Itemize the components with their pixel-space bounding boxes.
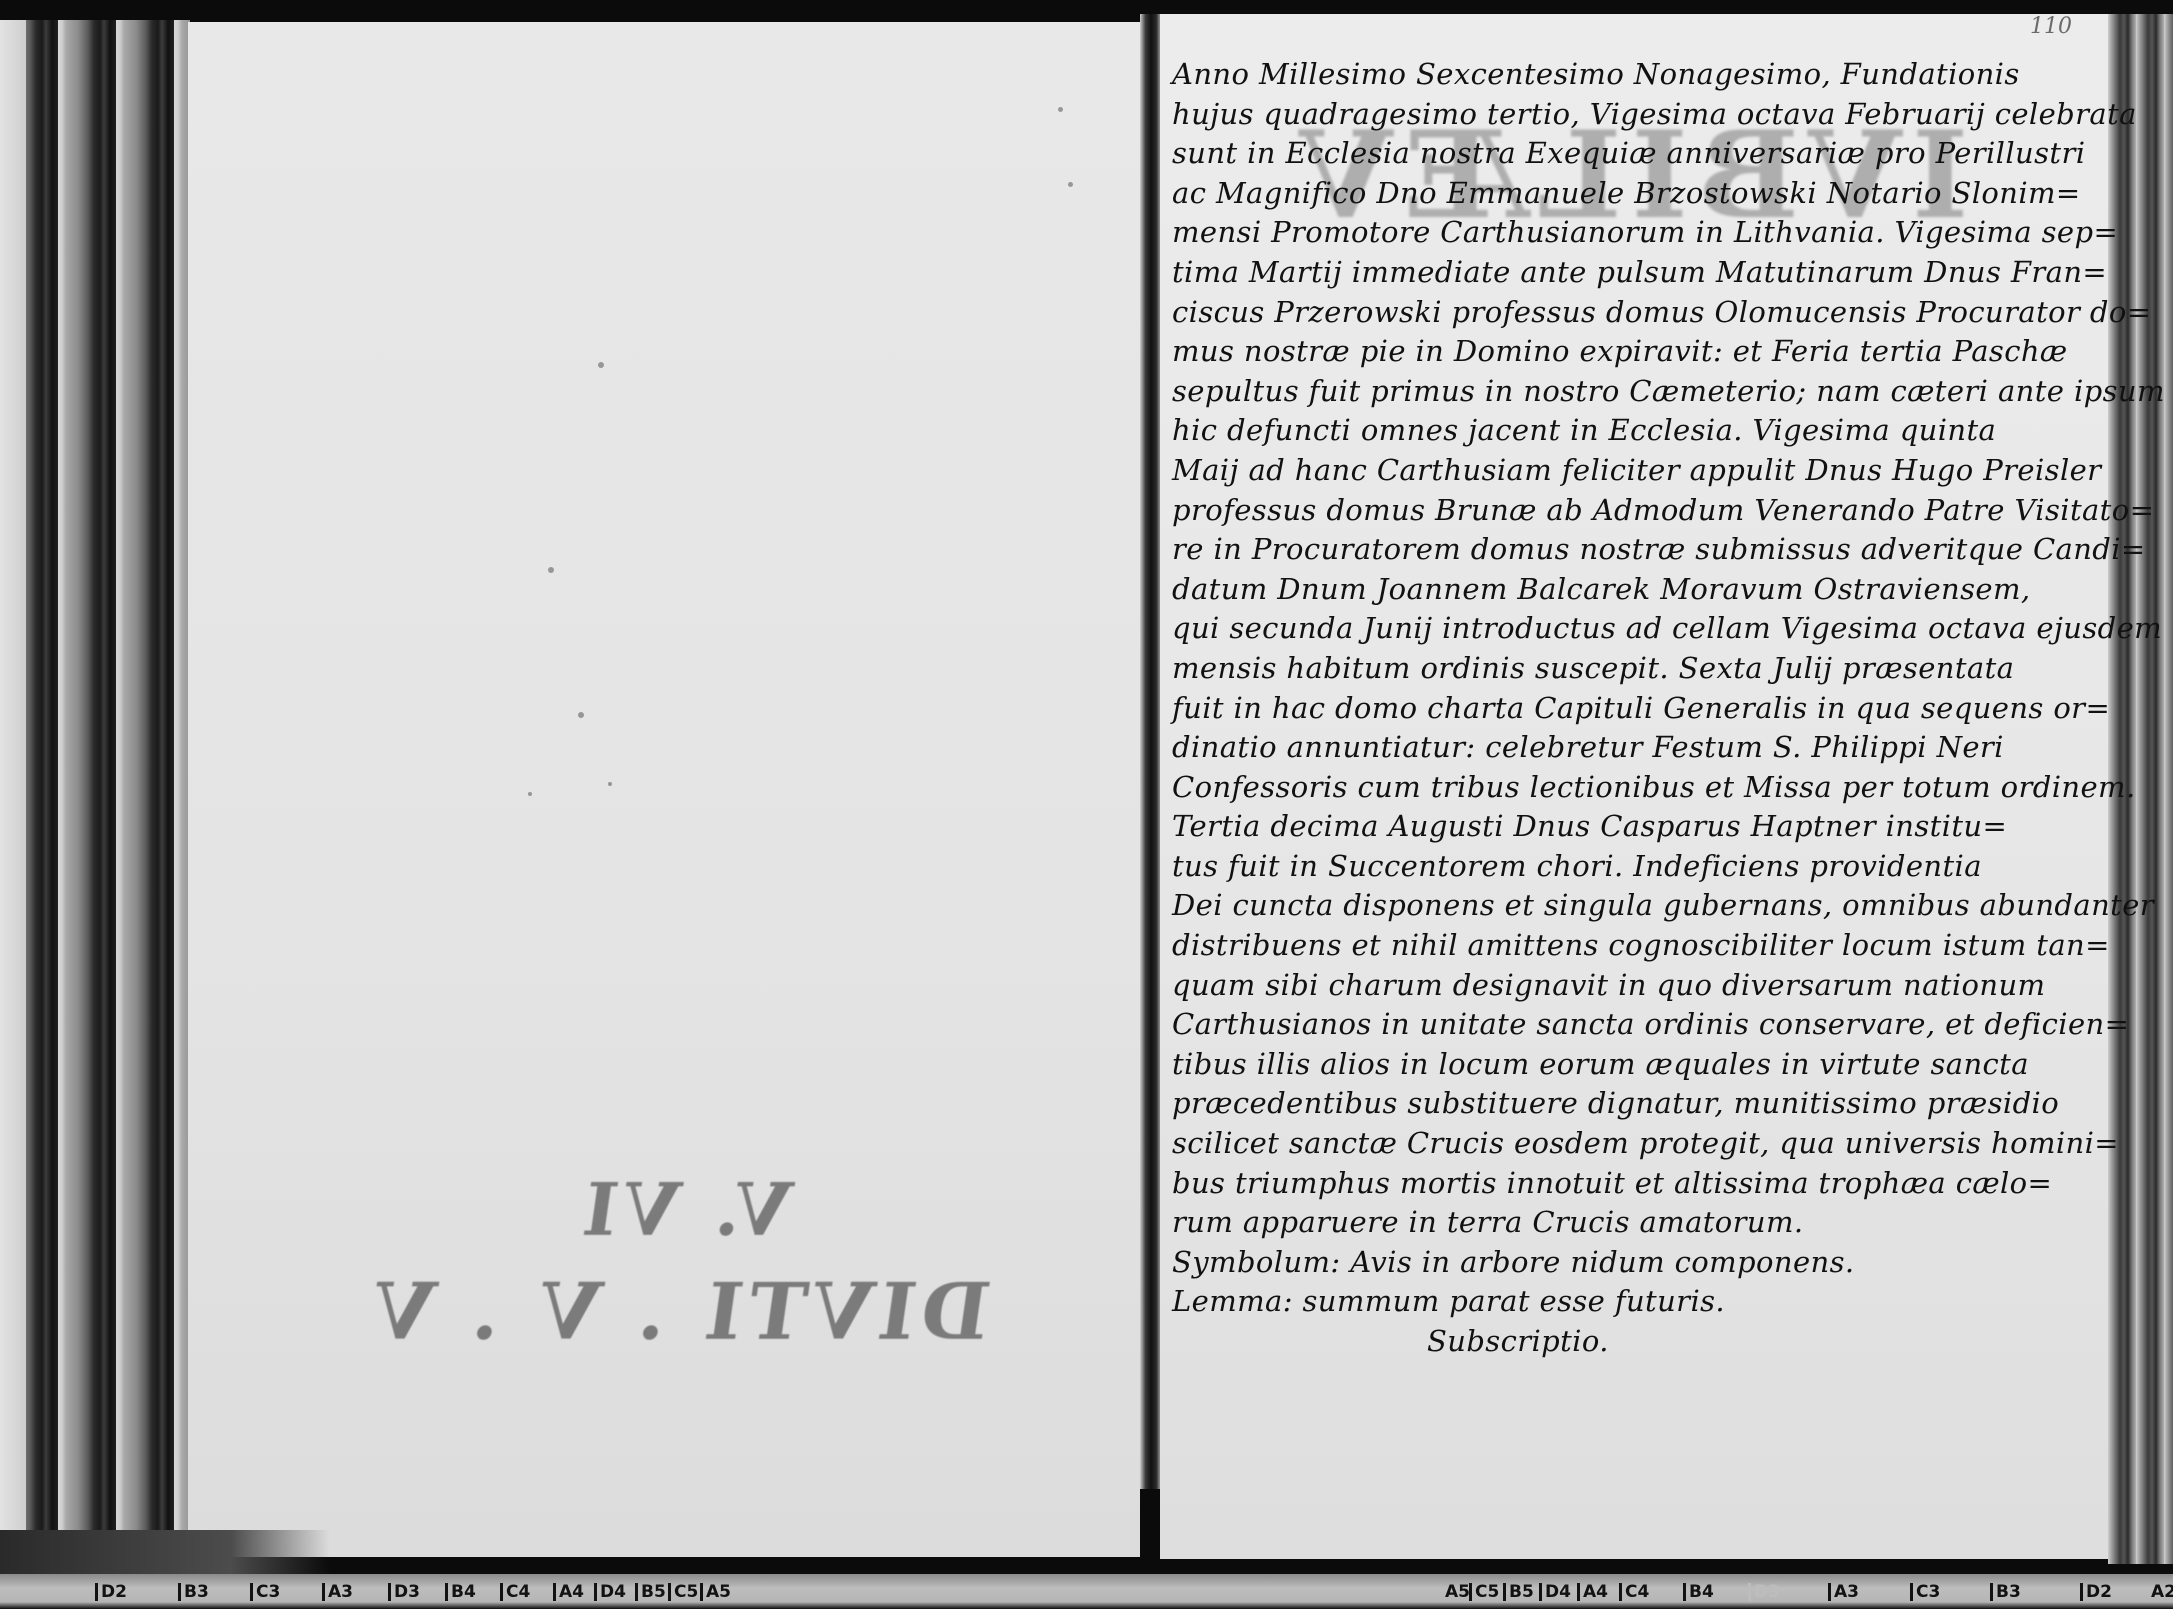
manuscript-line: ac Magnifico Dno Emmanuele Brzostowski N… [1172,174,2012,214]
manuscript-line: distribuens et nihil amittens cognoscibi… [1172,926,2012,966]
manuscript-line: sunt in Ecclesia nostra Exequiæ annivers… [1172,134,2012,174]
strip-mark: D3 [1748,1583,1780,1601]
manuscript-line: mensi Promotore Carthusianorum in Lithva… [1172,213,2012,253]
strip-mark: C5 [668,1583,698,1601]
strip-mark: D2 [95,1583,127,1601]
manuscript-line: ciscus Przerowski professus domus Olomuc… [1172,293,2012,333]
ink-speck [608,782,612,786]
manuscript-line: re in Procuratorem domus nostræ submissu… [1172,530,2012,570]
strip-mark: C3 [250,1583,280,1601]
left-page: V. VI DIVTI . V . V [188,22,1140,1557]
strip-mark: A4 [553,1583,584,1601]
strip-mark: A4 [1577,1583,1608,1601]
bleed-through-line-1: V. VI [572,1167,797,1252]
subscriptio-line: Subscriptio. [1172,1322,2012,1362]
ink-speck [1058,107,1063,112]
manuscript-line: tima Martij immediate ante pulsum Matuti… [1172,253,2012,293]
strip-mark: C5 [1469,1583,1499,1601]
folio-number: 110 [2030,14,2072,39]
strip-mark: D2 [2080,1583,2112,1601]
manuscript-line: scilicet sanctæ Crucis eosdem protegit, … [1172,1124,2012,1164]
manuscript-line: Carthusianos in unitate sancta ordinis c… [1172,1005,2012,1045]
manuscript-line: bus triumphus mortis innotuit et altissi… [1172,1164,2012,1204]
strip-mark: C3 [1910,1583,1940,1601]
manuscript-line: datum Dnum Joannem Balcarek Moravum Ostr… [1172,570,2012,610]
manuscript-line: sepultus fuit primus in nostro Cæmeterio… [1172,372,2012,412]
manuscript-line: professus domus Brunæ ab Admodum Veneran… [1172,491,2012,531]
manuscript-line: mus nostræ pie in Domino expiravit: et F… [1172,332,2012,372]
strip-mark: C4 [500,1583,530,1601]
ink-speck [528,792,532,796]
strip-mark: A5 [700,1583,731,1601]
book-gutter [1140,14,1162,1489]
manuscript-text: Anno Millesimo Sexcentesimo Nonagesimo, … [1172,55,2012,1362]
symbolum-line: Symbolum: Avis in arbore nidum componens… [1172,1243,2012,1283]
strip-mark: A3 [1828,1583,1859,1601]
strip-mark: B3 [178,1583,209,1601]
strip-mark: A3 [322,1583,353,1601]
strip-mark: D4 [1539,1583,1571,1601]
manuscript-line: dinatio annuntiatur: celebretur Festum S… [1172,728,2012,768]
manuscript-line: Anno Millesimo Sexcentesimo Nonagesimo, … [1172,55,2012,95]
manuscript-line: tus fuit in Succentorem chori. Indeficie… [1172,847,2012,887]
strip-mark: B5 [635,1583,666,1601]
manuscript-line: Maij ad hanc Carthusiam feliciter appuli… [1172,451,2012,491]
manuscript-line: qui secunda Junij introductus ad cellam … [1172,609,2012,649]
lemma-line: Lemma: summum parat esse futuris. [1172,1282,2012,1322]
manuscript-line: mensis habitum ordinis suscepit. Sexta J… [1172,649,2012,689]
manuscript-line: Dei cuncta disponens et singula gubernan… [1172,886,2012,926]
strip-mark: B3 [1990,1583,2021,1601]
ink-speck [578,712,584,718]
strip-mark: A5 [1442,1583,1470,1601]
manuscript-line: hic defuncti omnes jacent in Ecclesia. V… [1172,411,2012,451]
manuscript-line: tibus illis alios in locum eorum æquales… [1172,1045,2012,1085]
strip-mark: D3 [388,1583,420,1601]
manuscript-line: fuit in hac domo charta Capituli General… [1172,689,2012,729]
strip-mark: B4 [445,1583,476,1601]
manuscript-line: Tertia decima Augusti Dnus Casparus Hapt… [1172,807,2012,847]
ink-speck [1068,182,1073,187]
strip-mark: B5 [1503,1583,1534,1601]
bleed-through-line-2: DIVTI . V . V [362,1267,996,1358]
strip-mark: C4 [1619,1583,1649,1601]
manuscript-line: hujus quadragesimo tertio, Vigesima octa… [1172,95,2012,135]
manuscript-line: rum apparuere in terra Crucis amatorum. [1172,1203,2012,1243]
manuscript-line: præcedentibus substituere dignatur, muni… [1172,1084,2012,1124]
manuscript-line: Confessoris cum tribus lectionibus et Mi… [1172,768,2012,808]
manuscript-line: quam sibi charum designavit in quo diver… [1172,966,2012,1006]
strip-mark: A2 [2148,1583,2173,1601]
ink-speck [548,567,554,573]
strip-mark: D4 [594,1583,626,1601]
ink-speck [598,362,604,368]
strip-mark: B4 [1683,1583,1714,1601]
microfilm-frame: V. VI DIVTI . V . V IVBILÆV 110 Anno Mil… [0,0,2173,1609]
left-book-edge [0,20,190,1580]
